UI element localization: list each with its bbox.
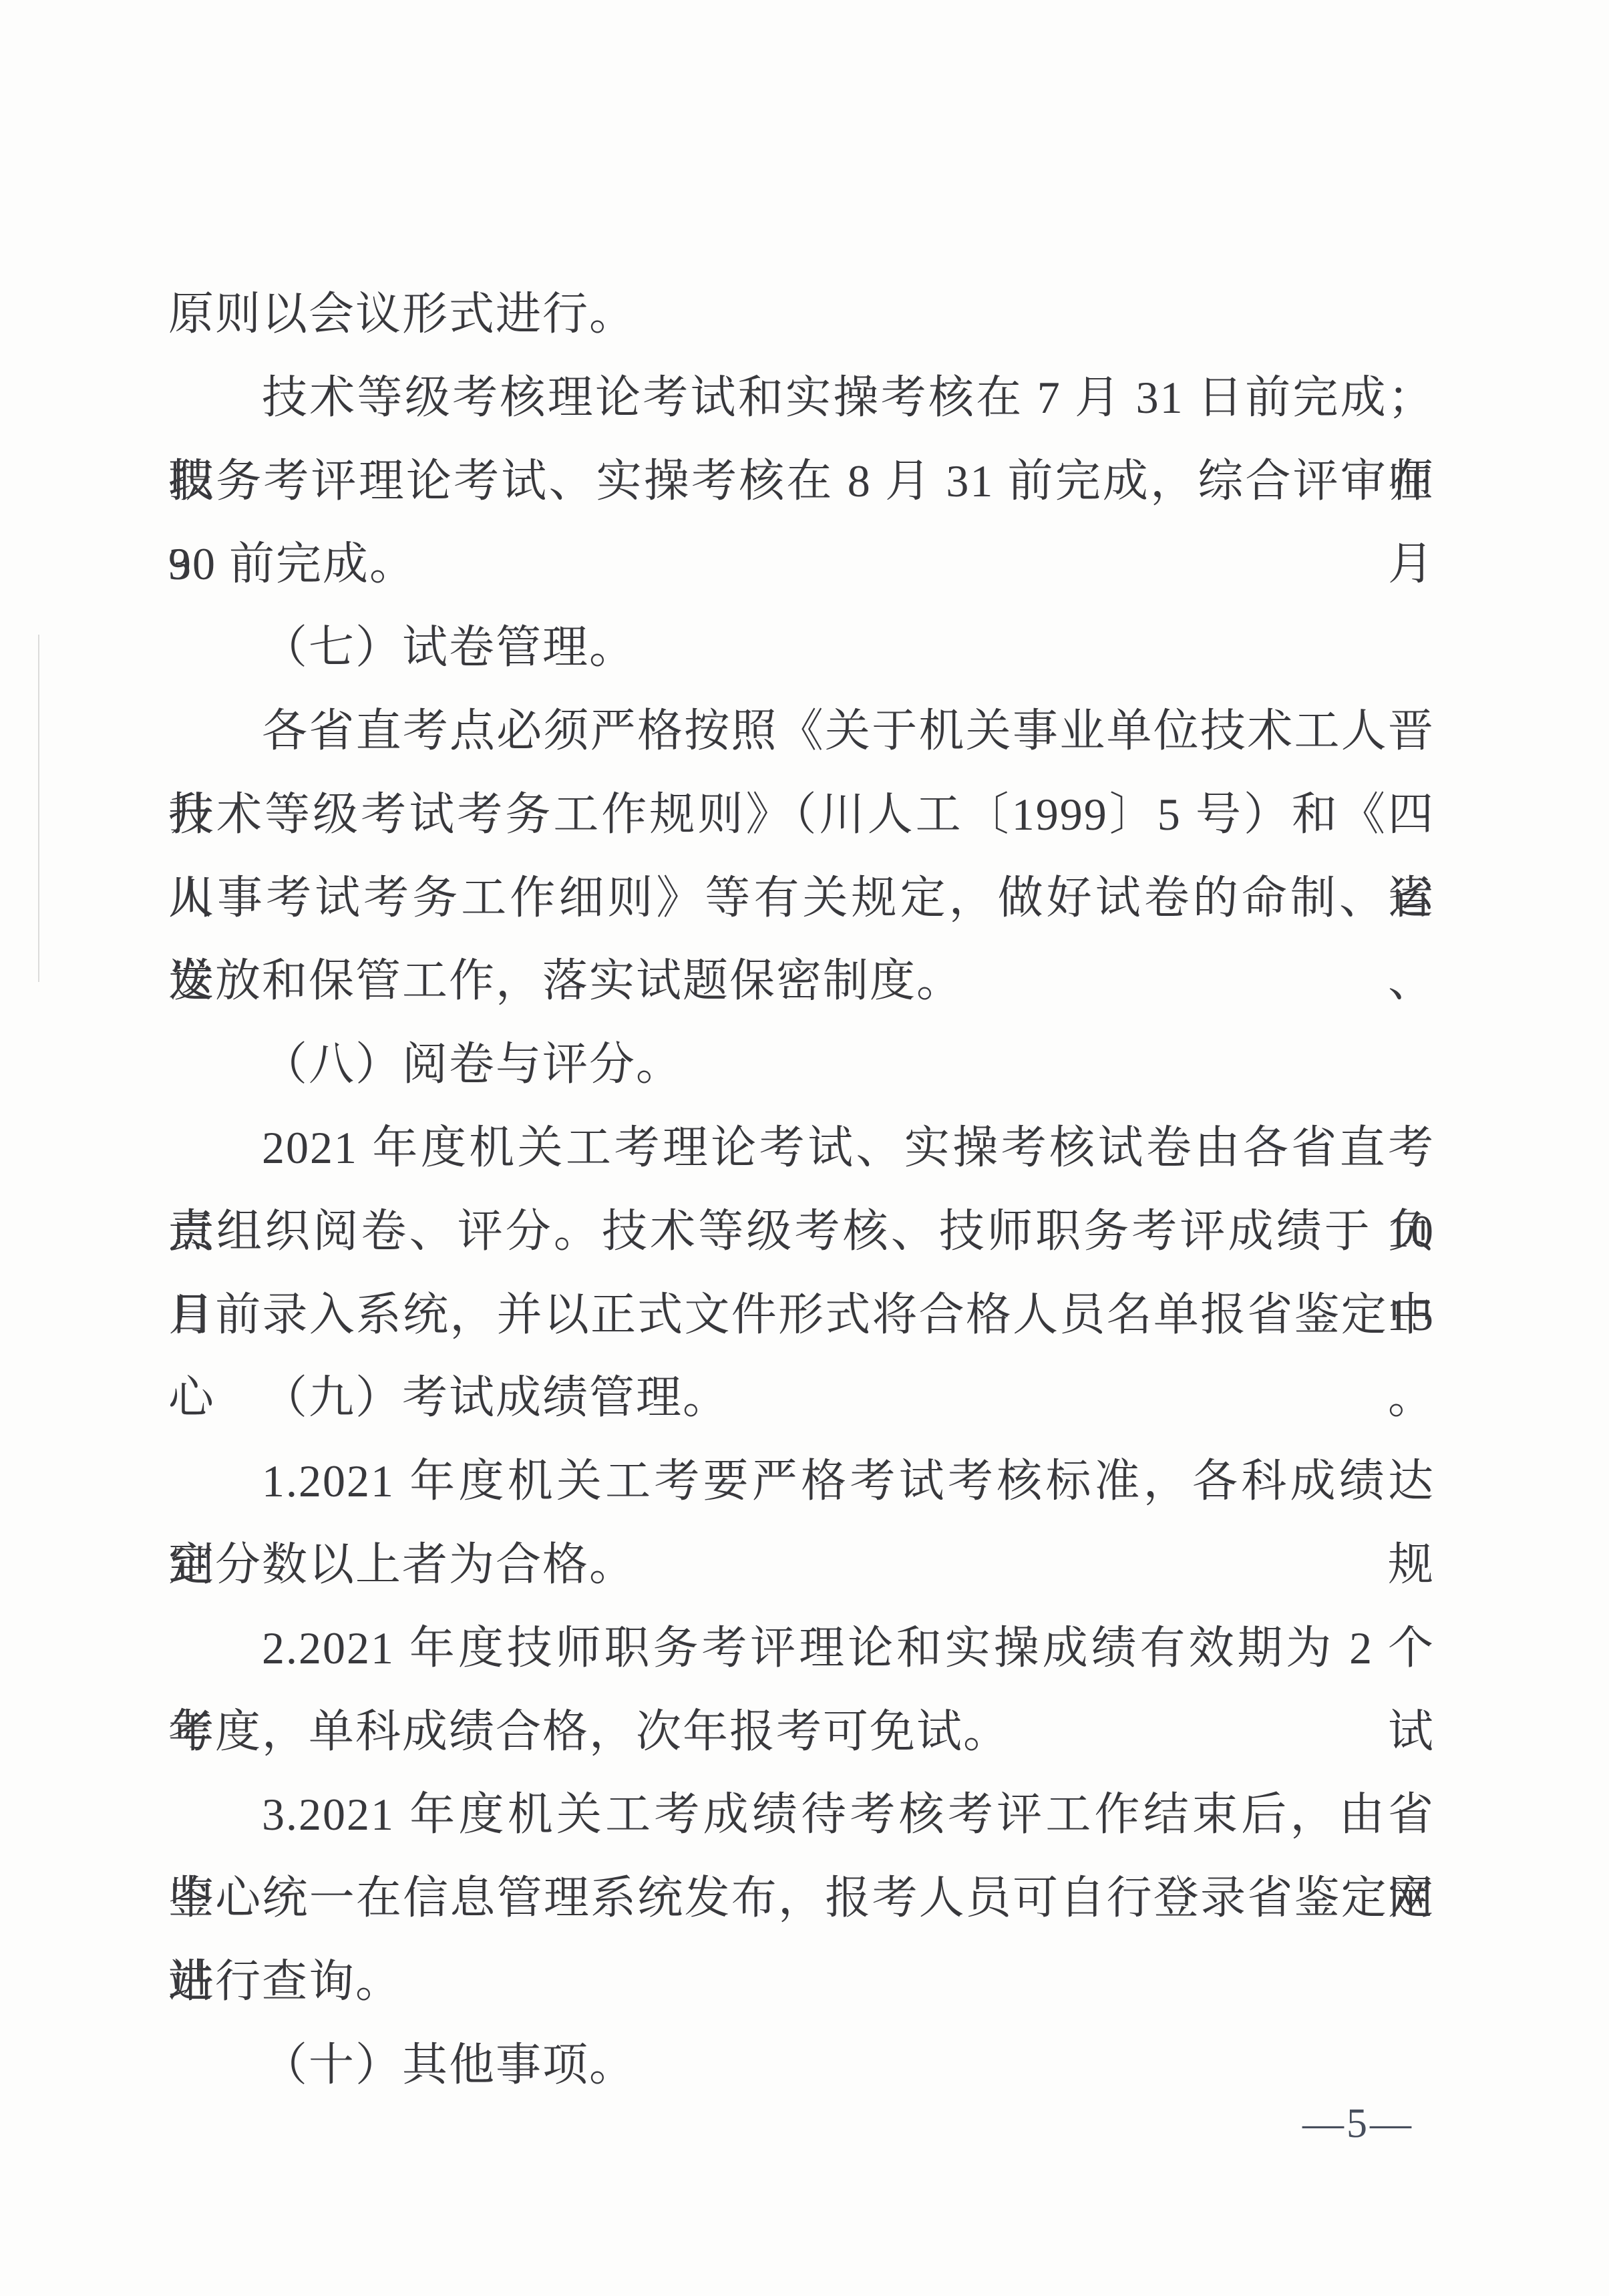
text-line: 人事考试考务工作细则》等有关规定，做好试卷的命制、运送、 — [168, 856, 1435, 940]
document-body: 原则以会议形式进行。技术等级考核理论考试和实操考核在 7 月 31 日前完成；技… — [168, 273, 1435, 2107]
document-page: 原则以会议形式进行。技术等级考核理论考试和实操考核在 7 月 31 日前完成；技… — [0, 0, 1609, 2296]
text-line: 2.2021 年度技师职务考评理论和实操成绩有效期为 2 个考试 — [168, 1607, 1435, 1690]
text-line: 日前录入系统，并以正式文件形式将合格人员名单报省鉴定中心。 — [168, 1273, 1435, 1357]
scan-artifact-line — [38, 635, 39, 982]
text-line: 技术等级考试考务工作规则》（川人工〔1999〕5 号）和《四川省 — [168, 773, 1435, 856]
text-line: 2021 年度机关工考理论考试、实操考核试卷由各省直考点负 — [168, 1106, 1435, 1190]
text-line: （七）试卷管理。 — [168, 606, 1435, 689]
page-number: —5— — [1302, 2103, 1414, 2144]
text-line: 进行查询。 — [168, 1940, 1435, 2023]
text-line: 各省直考点必须严格按照《关于机关事业单位技术工人晋升 — [168, 689, 1435, 773]
text-line: 原则以会议形式进行。 — [168, 273, 1435, 356]
text-line: （八）阅卷与评分。 — [168, 1023, 1435, 1106]
text-line: 中心统一在信息管理系统发布，报考人员可自行登录省鉴定网站 — [168, 1856, 1435, 1940]
text-line: 责组织阅卷、评分。技术等级考核、技师职务考评成绩于 10 月 15 — [168, 1190, 1435, 1273]
text-line: 3.2021 年度机关工考成绩待考核考评工作结束后，由省鉴定 — [168, 1773, 1435, 1856]
text-line: （十）其他事项。 — [168, 2023, 1435, 2107]
text-line: 1.2021 年度机关工考要严格考试考核标准，各科成绩达到规 — [168, 1440, 1435, 1523]
text-line: 职务考评理论考试、实操考核在 8 月 31 前完成，综合评审在 9 月 — [168, 440, 1435, 523]
text-line: 技术等级考核理论考试和实操考核在 7 月 31 日前完成；技师 — [168, 356, 1435, 440]
